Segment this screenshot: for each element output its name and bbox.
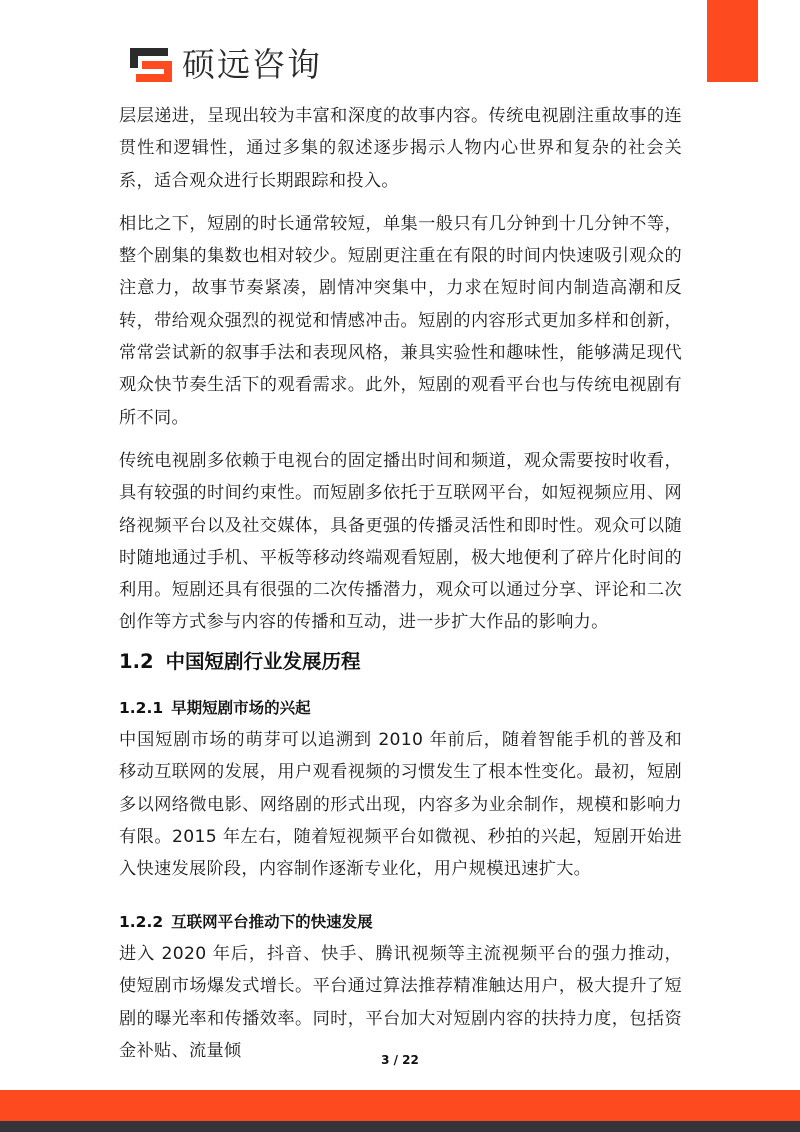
section-title: 中国短剧行业发展历程: [166, 650, 361, 673]
logo-mark-icon: [128, 46, 174, 84]
paragraph: 层层递进，呈现出较为丰富和深度的故事内容。传统电视剧注重故事的连贯性和逻辑性，通…: [119, 100, 682, 197]
footer-dark-strip: [0, 1121, 800, 1132]
paragraph: 中国短剧市场的萌芽可以追溯到 2010 年前后，随着智能手机的普及和移动互联网的…: [119, 724, 682, 885]
body-content: 层层递进，呈现出较为丰富和深度的故事内容。传统电视剧注重故事的连贯性和逻辑性，通…: [119, 100, 682, 639]
subsection-title: 早期短剧市场的兴起: [171, 699, 311, 717]
paragraph: 相比之下，短剧的时长通常较短，单集一般只有几分钟到十几分钟不等，整个剧集的集数也…: [119, 208, 682, 434]
corner-accent-block: [707, 0, 758, 82]
subsection-1-2-2: 1.2.2互联网平台推动下的快速发展 进入 2020 年后，抖音、快手、腾讯视频…: [119, 908, 682, 1067]
paragraph: 传统电视剧多依赖于电视台的固定播出时间和频道，观众需要按时收看，具有较强的时间约…: [119, 445, 682, 639]
section-heading-1-2: 1.2中国短剧行业发展历程: [119, 647, 361, 677]
subsection-heading: 1.2.2互联网平台推动下的快速发展: [119, 908, 682, 936]
subsection-title: 互联网平台推动下的快速发展: [171, 913, 373, 931]
paragraph: 进入 2020 年后，抖音、快手、腾讯视频等主流视频平台的强力推动，使短剧市场爆…: [119, 938, 682, 1067]
subsection-heading: 1.2.1早期短剧市场的兴起: [119, 694, 682, 722]
logo-text: 硕远咨询: [182, 45, 322, 85]
company-logo: 硕远咨询: [128, 44, 322, 86]
subsection-number: 1.2.2: [119, 913, 163, 931]
subsection-number: 1.2.1: [119, 699, 163, 717]
page-number: 3 / 22: [0, 1053, 800, 1067]
section-number: 1.2: [119, 650, 154, 673]
footer-accent-band: [0, 1090, 800, 1121]
subsection-1-2-1: 1.2.1早期短剧市场的兴起 中国短剧市场的萌芽可以追溯到 2010 年前后，随…: [119, 694, 682, 885]
